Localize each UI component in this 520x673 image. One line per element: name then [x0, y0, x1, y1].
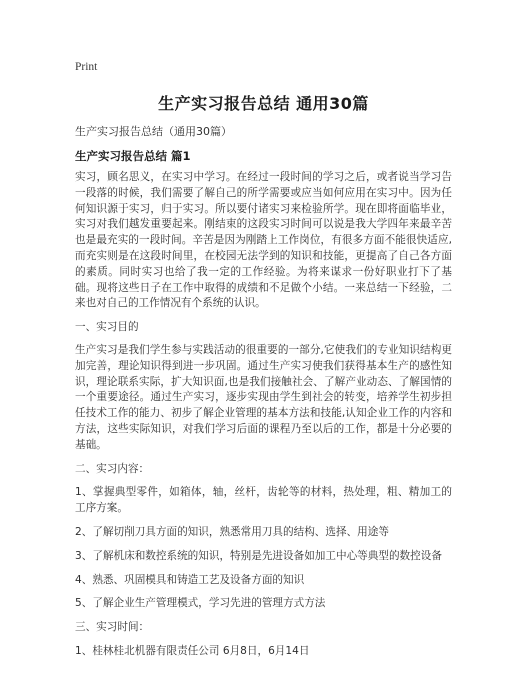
list-item: 5、了解企业生产管理模式，学习先进的管理方式方法 [75, 596, 452, 612]
document-title: 生产实习报告总结 通用30篇 [75, 94, 452, 114]
document-page: Print 生产实习报告总结 通用30篇 生产实习报告总结（通用30篇） 生产实… [0, 0, 520, 673]
print-button[interactable]: Print [75, 61, 97, 74]
intro-paragraph: 实习，顾名思义，在实习中学习。在经过一段时间的学习之后，或者说当学习告一段落的时… [75, 170, 452, 312]
document-subtitle: 生产实习报告总结（通用30篇） [75, 125, 452, 138]
section-heading-time: 三、实习时间： [75, 620, 452, 636]
section-heading-content: 二、实习内容： [75, 462, 452, 478]
list-item: 3、了解机床和数控系统的知识，特别是先进设备如加工中心等典型的数控设备 [75, 549, 452, 565]
list-item: 1、掌握典型零件，如箱体，轴，丝杆，齿轮等的材料，热处理，粗、精加工的工序方案。 [75, 485, 452, 517]
list-item: 2、了解切削刀具方面的知识，熟悉常用刀具的结构、选择、用途等 [75, 525, 452, 541]
section-heading-purpose: 一、实习目的 [75, 320, 452, 336]
section-purpose-paragraph: 生产实习是我们学生参与实践活动的很重要的一部分,它使我们的专业知识结构更加完善，… [75, 343, 452, 454]
list-item: 4、熟悉、巩固模具和铸造工艺及设备方面的知识 [75, 573, 452, 589]
article-heading: 生产实习报告总结 篇1 [75, 150, 452, 163]
list-item: 1、桂林桂北机器有限责任公司 6月8日，6月14日 [75, 644, 452, 660]
